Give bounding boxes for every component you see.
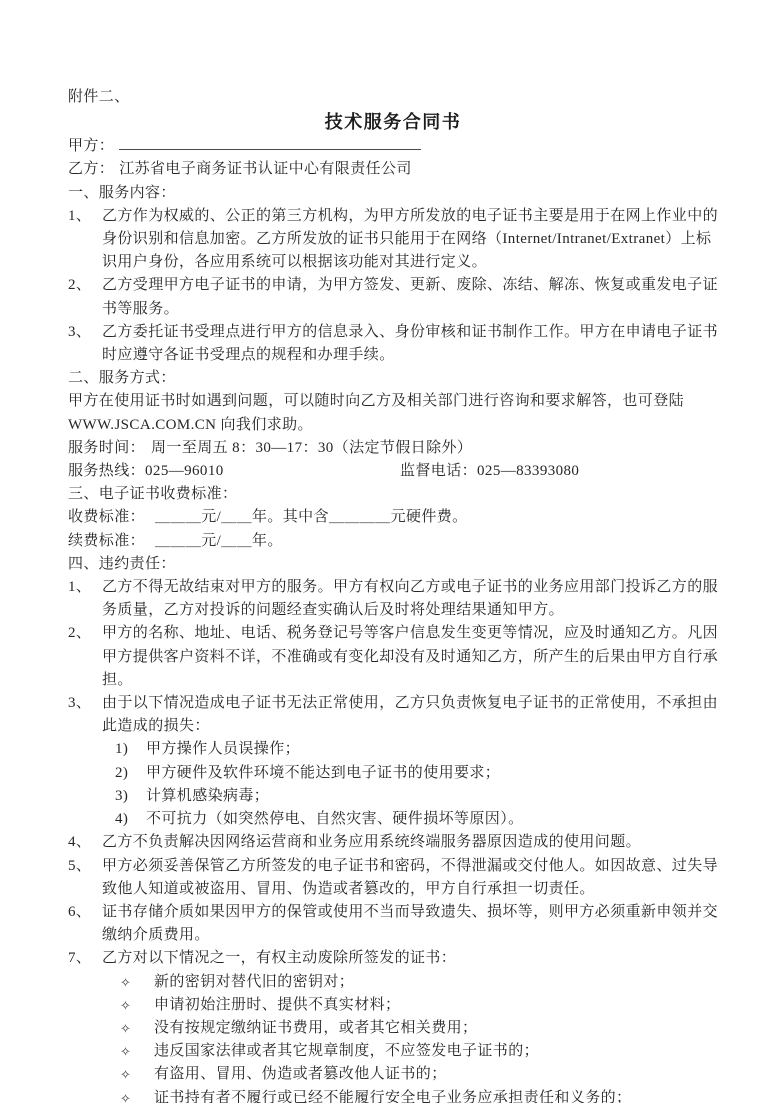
party-b-name: 江苏省电子商务证书认证中心有限责任公司	[119, 158, 412, 181]
revoke-condition-item: ✧ 证书持有者不履行或已经不能履行安全电子业务应承担责任和义务的；	[68, 1087, 718, 1103]
item-number: 3、	[68, 692, 102, 738]
service-content-item: 1、 乙方作为权威的、公正的第三方机构，为甲方所发放的电子证书主要是用于在网上作…	[68, 205, 718, 275]
party-b-row: 乙方： 江苏省电子商务证书认证中心有限责任公司	[68, 158, 718, 181]
subitem-text: 不可抗力（如突然停电、自然灾害、硬件损坏等原因）。	[146, 808, 718, 831]
charge-standard-value: ＿＿＿元/＿＿年。其中含＿＿＿＿元硬件费。	[155, 506, 468, 529]
item-text: 证书存储介质如果因甲方的保管或使用不当而导致遗失、损坏等，则甲方必须重新申领并交…	[102, 901, 718, 947]
bullet-text: 没有按规定缴纳证书费用，或者其它相关费用；	[154, 1017, 718, 1040]
attachment-label: 附件二、	[68, 86, 718, 109]
bullet-text: 证书持有者不履行或已经不能履行安全电子业务应承担责任和义务的；	[154, 1087, 718, 1103]
service-time-value: 周一至周五 8：30—17：30（法定节假日除外）	[151, 437, 472, 460]
renewal-standard-row: 续费标准： ＿＿＿元/＿＿年。	[68, 530, 718, 553]
item-number: 5、	[68, 855, 102, 901]
revoke-condition-item: ✧ 新的密钥对替代旧的密钥对；	[68, 971, 718, 994]
contract-document-page: 附件二、 技术服务合同书 甲方： 乙方： 江苏省电子商务证书认证中心有限责任公司…	[0, 0, 780, 1103]
item-text: 乙方不负责解决因网络运营商和业务应用系统终端服务器原因造成的使用问题。	[102, 831, 718, 854]
charge-standard-row: 收费标准： ＿＿＿元/＿＿年。其中含＿＿＿＿元硬件费。	[68, 506, 718, 529]
subitem-text: 甲方操作人员误操作；	[146, 738, 718, 761]
breach-subitem: 2) 甲方硬件及软件环境不能达到电子证书的使用要求；	[68, 762, 718, 785]
service-time-row: 服务时间： 周一至周五 8：30—17：30（法定节假日除外）	[68, 437, 718, 460]
breach-item: 6、 证书存储介质如果因甲方的保管或使用不当而导致遗失、损坏等，则甲方必须重新申…	[68, 901, 718, 947]
item-text: 乙方对以下情况之一，有权主动废除所签发的证书：	[102, 947, 718, 970]
item-number: 6、	[68, 901, 102, 947]
service-content-item: 3、 乙方委托证书受理点进行甲方的信息录入、身份审核和证书制作工作。甲方在申请电…	[68, 321, 718, 367]
breach-item: 4、 乙方不负责解决因网络运营商和业务应用系统终端服务器原因造成的使用问题。	[68, 831, 718, 854]
subitem-number: 2)	[115, 762, 146, 785]
subitem-number: 4)	[115, 808, 146, 831]
revoke-condition-item: ✧ 有盗用、冒用、伪造或者篡改他人证书的；	[68, 1063, 718, 1086]
revoke-condition-item: ✧ 违反国家法律或者其它规章制度，不应签发电子证书的；	[68, 1040, 718, 1063]
diamond-bullet-icon: ✧	[120, 971, 154, 994]
breach-item: 7、 乙方对以下情况之一，有权主动废除所签发的证书：	[68, 947, 718, 970]
item-text: 乙方委托证书受理点进行甲方的信息录入、身份审核和证书制作工作。甲方在申请电子证书…	[102, 321, 718, 367]
item-text: 乙方受理甲方电子证书的申请，为甲方签发、更新、废除、冻结、解冻、恢复或重发电子证…	[102, 274, 718, 320]
item-text: 乙方作为权威的、公正的第三方机构，为甲方所发放的电子证书主要是用于在网上作业中的…	[102, 205, 718, 275]
item-text: 甲方的名称、地址、电话、税务登记号等客户信息发生变更等情况，应及时通知乙方。凡因…	[102, 622, 718, 692]
item-text: 由于以下情况造成电子证书无法正常使用，乙方只负责恢复电子证书的正常使用，不承担由…	[102, 692, 718, 738]
item-number: 2、	[68, 274, 102, 320]
hotline-label: 服务热线：	[68, 460, 145, 483]
section-heading-service-content: 一、服务内容：	[68, 182, 718, 205]
breach-item: 2、 甲方的名称、地址、电话、税务登记号等客户信息发生变更等情况，应及时通知乙方…	[68, 622, 718, 692]
party-a-row: 甲方：	[68, 134, 718, 158]
charge-standard-label: 收费标准：	[68, 506, 145, 529]
item-number: 1、	[68, 576, 102, 622]
subitem-text: 甲方硬件及软件环境不能达到电子证书的使用要求；	[146, 762, 718, 785]
section-heading-breach: 四、违约责任：	[68, 553, 718, 576]
breach-item: 3、 由于以下情况造成电子证书无法正常使用，乙方只负责恢复电子证书的正常使用，不…	[68, 692, 718, 738]
service-content-item: 2、 乙方受理甲方电子证书的申请，为甲方签发、更新、废除、冻结、解冻、恢复或重发…	[68, 274, 718, 320]
subitem-text: 计算机感染病毒；	[146, 785, 718, 808]
diamond-bullet-icon: ✧	[120, 1017, 154, 1040]
revoke-condition-item: ✧ 申请初始注册时、提供不真实材料；	[68, 994, 718, 1017]
service-mode-intro: 甲方在使用证书时如遇到问题，可以随时向乙方及相关部门进行咨询和要求解答，也可登陆…	[68, 390, 718, 436]
item-number: 7、	[68, 947, 102, 970]
supervisor-phone-value: 025—83393080	[477, 460, 579, 483]
section-heading-fees: 三、电子证书收费标准：	[68, 483, 718, 506]
renewal-standard-label: 续费标准：	[68, 530, 145, 553]
item-text: 乙方不得无故结束对甲方的服务。甲方有权向乙方或电子证书的业务应用部门投诉乙方的服…	[102, 576, 718, 622]
section-heading-service-mode: 二、服务方式：	[68, 367, 718, 390]
item-text: 甲方必须妥善保管乙方所签发的电子证书和密码，不得泄漏或交付他人。如因故意、过失导…	[102, 855, 718, 901]
diamond-bullet-icon: ✧	[120, 1087, 154, 1103]
revoke-condition-item: ✧ 没有按规定缴纳证书费用，或者其它相关费用；	[68, 1017, 718, 1040]
item-number: 3、	[68, 321, 102, 367]
bullet-text: 新的密钥对替代旧的密钥对；	[154, 971, 718, 994]
diamond-bullet-icon: ✧	[120, 1040, 154, 1063]
subitem-number: 3)	[115, 785, 146, 808]
bullet-text: 有盗用、冒用、伪造或者篡改他人证书的；	[154, 1063, 718, 1086]
item-number: 1、	[68, 205, 102, 275]
diamond-bullet-icon: ✧	[120, 1063, 154, 1086]
party-a-label: 甲方：	[68, 135, 114, 158]
breach-item: 5、 甲方必须妥善保管乙方所签发的电子证书和密码，不得泄漏或交付他人。如因故意、…	[68, 855, 718, 901]
bullet-text: 申请初始注册时、提供不真实材料；	[154, 994, 718, 1017]
bullet-text: 违反国家法律或者其它规章制度，不应签发电子证书的；	[154, 1040, 718, 1063]
breach-subitem: 3) 计算机感染病毒；	[68, 785, 718, 808]
phone-numbers-row: 服务热线： 025—96010 监督电话： 025—83393080	[68, 460, 718, 483]
service-time-label: 服务时间：	[68, 437, 145, 460]
party-a-blank-line	[119, 134, 421, 150]
document-title: 技术服务合同书	[68, 110, 718, 134]
supervisor-phone-label: 监督电话：	[400, 460, 477, 483]
breach-subitem: 4) 不可抗力（如突然停电、自然灾害、硬件损坏等原因）。	[68, 808, 718, 831]
diamond-bullet-icon: ✧	[120, 994, 154, 1017]
subitem-number: 1)	[115, 738, 146, 761]
item-number: 2、	[68, 622, 102, 692]
hotline-value: 025—96010	[145, 460, 224, 483]
item-number: 4、	[68, 831, 102, 854]
breach-item: 1、 乙方不得无故结束对甲方的服务。甲方有权向乙方或电子证书的业务应用部门投诉乙…	[68, 576, 718, 622]
party-b-label: 乙方：	[68, 158, 114, 181]
breach-subitem: 1) 甲方操作人员误操作；	[68, 738, 718, 761]
renewal-standard-value: ＿＿＿元/＿＿年。	[155, 530, 283, 553]
